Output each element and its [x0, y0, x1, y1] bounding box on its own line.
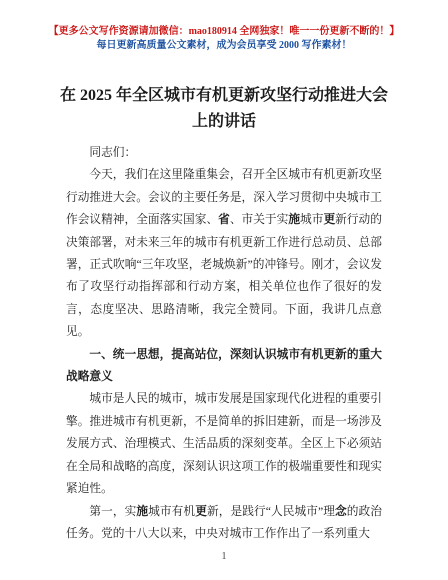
- bold-text: 施: [136, 505, 148, 518]
- text-segment: 新，是践行“人民城市”理: [207, 505, 335, 518]
- page-number: 1: [0, 551, 448, 562]
- text-segment: 第一，实: [89, 505, 136, 518]
- watermark: 【更多公文写作资源请加微信：mao180914 全网独家！唯一一份更新不断的！】…: [0, 0, 448, 53]
- bold-text: 更: [323, 213, 335, 226]
- text-segment: 、市关于实: [230, 213, 289, 226]
- document-page: 【更多公文写作资源请加微信：mao180914 全网独家！唯一一份更新不断的！】…: [0, 0, 448, 580]
- text-segment: 新行动的决策部署，对未来三年的城市有机更新工作进行总动员、总部署，正式吹响“三年…: [66, 213, 382, 338]
- paragraph: 同志们：: [66, 142, 382, 164]
- watermark-line-2: 每日更新高质量公文素材，成为会员享受 2000 写作素材！: [0, 39, 448, 53]
- bold-text: 更: [195, 505, 207, 518]
- bold-text: 省: [218, 213, 230, 226]
- paragraph: 第一，实施城市有机更新，是践行“人民城市”理念的政治任务。党的十八大以来，中央对…: [66, 501, 382, 546]
- paragraph: 今天，我们在这里隆重集会，召开全区城市有机更新攻坚行动推进大会。会议的主要任务是…: [66, 164, 382, 343]
- text-segment: 城市: [300, 213, 323, 226]
- text-segment: 一、统一思想，提高站位，深刻认识城市有机更新的重大战略意义: [66, 348, 382, 383]
- paragraph: 城市是人民的城市，城市发展是国家现代化进程的重要引擎。推进城市有机更新，不是简单…: [66, 388, 382, 500]
- bold-text: 施: [288, 213, 300, 226]
- bold-text: 念: [335, 505, 347, 518]
- document-body: 同志们：今天，我们在这里隆重集会，召开全区城市有机更新攻坚行动推进大会。会议的主…: [66, 142, 382, 545]
- section-heading: 一、统一思想，提高站位，深刻认识城市有机更新的重大战略意义: [66, 344, 382, 389]
- watermark-line-1: 【更多公文写作资源请加微信：mao180914 全网独家！唯一一份更新不断的！】: [0, 25, 448, 39]
- text-segment: 城市是人民的城市，城市发展是国家现代化进程的重要引擎。推进城市有机更新，不是简单…: [66, 392, 382, 495]
- text-segment: 同志们：: [89, 146, 136, 159]
- text-segment: 城市有机: [148, 505, 195, 518]
- document-title: 在 2025 年全区城市有机更新攻坚行动推进大会上的讲话: [56, 83, 392, 135]
